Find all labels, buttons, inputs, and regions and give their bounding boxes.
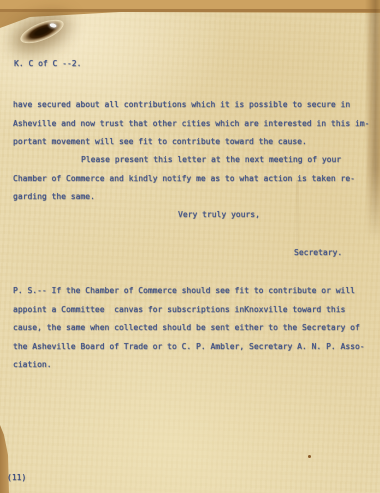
text-line: Chamber of Commerce and kindly notify me… bbox=[13, 170, 355, 189]
letter-page: K. C of C --2. have secured about all co… bbox=[0, 0, 380, 493]
text-line: Very truly yours, bbox=[178, 206, 260, 225]
text-line: (11) bbox=[7, 469, 26, 488]
text-line: garding the same. bbox=[13, 188, 355, 207]
text-line: appoint a Committee canvas for subscript… bbox=[13, 301, 365, 320]
text-line: have secured about all contributions whi… bbox=[13, 96, 369, 115]
text-line: ciation. bbox=[13, 356, 365, 375]
page-header-reference: K. C of C --2. bbox=[14, 55, 81, 74]
text-line: the Asheville Board of Trade or to C. P.… bbox=[13, 338, 365, 357]
postscript-paragraph: P. S.-- If the Chamber of Commerce shoul… bbox=[13, 282, 365, 375]
page-number-marker: (11) bbox=[7, 469, 26, 488]
text-line: P. S.-- If the Chamber of Commerce shoul… bbox=[13, 282, 365, 301]
text-line: Secretary. bbox=[294, 244, 342, 263]
text-line: K. C of C --2. bbox=[14, 55, 81, 74]
text-line: portant movement will see fit to contrib… bbox=[13, 133, 369, 152]
rust-stain-glint bbox=[49, 23, 57, 28]
text-line: Please present this letter at the next m… bbox=[13, 151, 355, 170]
signature-title: Secretary. bbox=[294, 244, 342, 263]
rust-fastener-stain bbox=[17, 15, 66, 48]
body-paragraph-1: have secured about all contributions whi… bbox=[13, 96, 369, 152]
text-line: Asheville and now trust that other citie… bbox=[13, 115, 369, 134]
body-paragraph-2: Please present this letter at the next m… bbox=[13, 151, 355, 207]
closing-salutation: Very truly yours, bbox=[178, 206, 260, 225]
text-line: cause, the same when collected should be… bbox=[13, 319, 365, 338]
paper-speck bbox=[308, 455, 311, 458]
